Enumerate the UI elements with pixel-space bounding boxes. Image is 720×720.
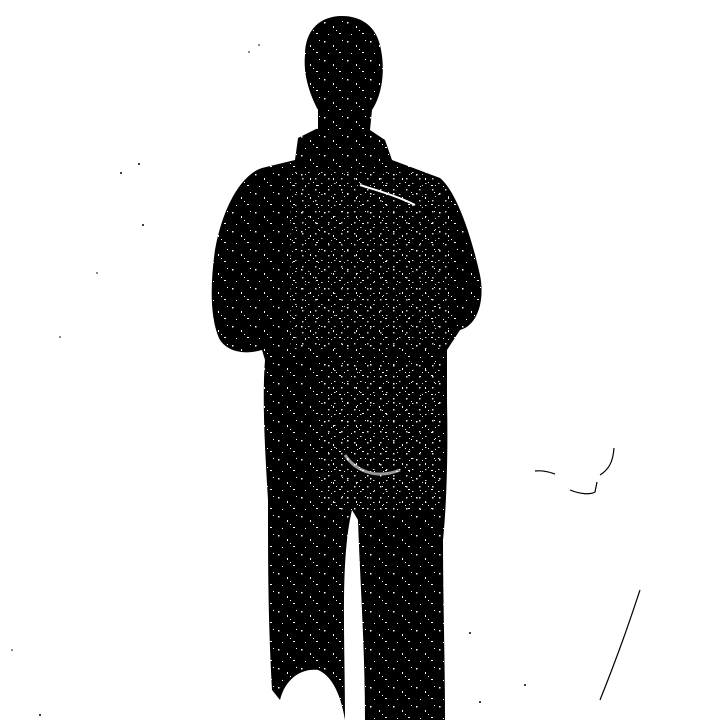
silhouette-photo [0, 0, 720, 720]
photo-canvas [0, 0, 720, 720]
background-marks [535, 448, 640, 700]
